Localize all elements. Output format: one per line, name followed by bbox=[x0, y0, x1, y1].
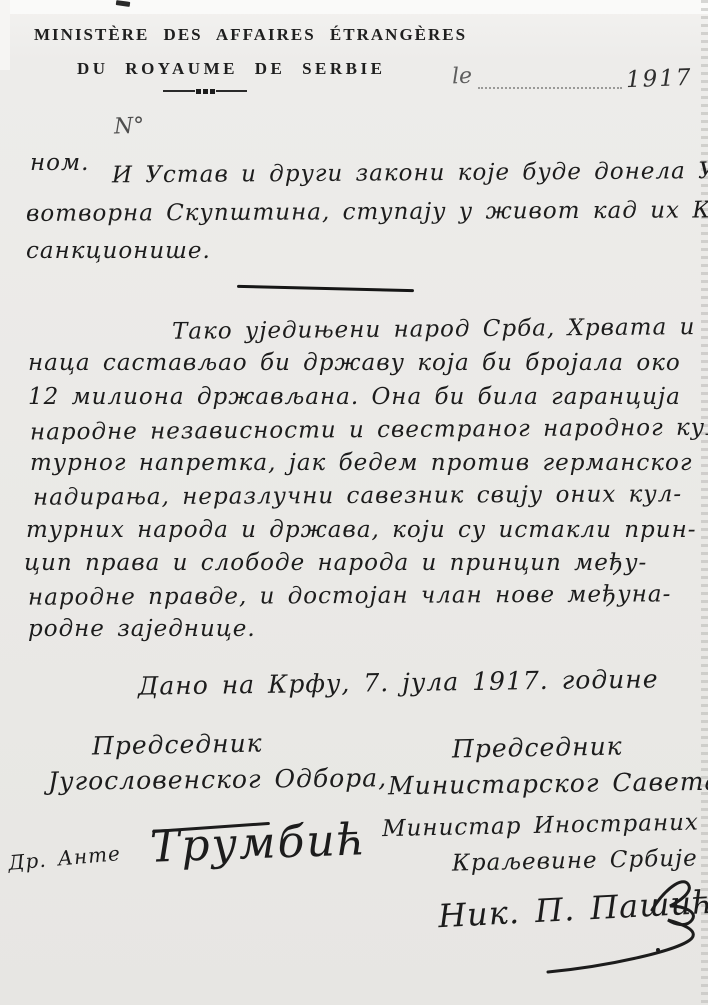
paragraph1-line: вотворна Скупштина, ступају у живот кад … bbox=[26, 197, 708, 227]
letterhead-ministry-line1: MINISTÈRE DES AFFAIRES ÉTRANGÈRES bbox=[34, 25, 467, 45]
right-signatory-title: Председник bbox=[452, 732, 623, 764]
left-signatory-title2: Југословенског Одбора, bbox=[48, 763, 387, 796]
paragraph2-line: народне независности и свестраног народн… bbox=[30, 415, 708, 446]
paragraph1-line: И Устав и други закони које буде донела … bbox=[112, 158, 708, 189]
scan-left-margin bbox=[0, 0, 10, 70]
paragraph2-line: Тако уједињени народ Срба, Хрвата и Слов… bbox=[172, 313, 708, 344]
paragraph2-line: турног напретка, јак бедем против герман… bbox=[30, 450, 692, 476]
pasic-signature-flourish bbox=[430, 868, 708, 988]
letterhead-ministry-line2: DU ROYAUME DE SERBIE bbox=[77, 59, 385, 79]
document-number-label: N° bbox=[114, 113, 145, 139]
right-signatory-title2: Министарског Савета, bbox=[388, 767, 708, 801]
paragraph2-line: надирања, неразлучни савезник свију оних… bbox=[33, 481, 682, 510]
section-divider-line bbox=[237, 285, 414, 292]
year-label: 1917 bbox=[626, 65, 693, 93]
dateline: Дано на Крфу, 7. јула 1917. године bbox=[138, 664, 659, 700]
paragraph2-line: наца састављао би државу која би бројала… bbox=[28, 350, 681, 376]
paragraph1-line: санкционише. bbox=[26, 238, 211, 264]
paragraph2-line: цип права и слободе народа и принцип међ… bbox=[24, 550, 647, 576]
right-signatory-title3: Министар Иностраних Дела bbox=[382, 808, 708, 842]
scan-right-edge-texture bbox=[701, 0, 708, 1005]
paragraph2-line: родне заједнице. bbox=[28, 616, 256, 642]
date-prefix-label: le bbox=[452, 64, 473, 90]
paragraph2-line: народне правде, и достојан члан нове међ… bbox=[28, 581, 671, 610]
letterhead-ornament-rule bbox=[163, 88, 247, 94]
trumbic-signature-prefix: Др. Анте bbox=[7, 841, 122, 875]
paragraph2-line: турних народа и држава, који су истакли … bbox=[26, 517, 697, 543]
paragraph2-line: 12 милиона држављана. Она би била гаранц… bbox=[28, 384, 681, 410]
date-dotted-line bbox=[478, 87, 622, 89]
margin-note: ном. bbox=[30, 150, 89, 176]
left-signatory-title: Председник bbox=[92, 729, 263, 761]
scan-top-margin bbox=[0, 0, 708, 14]
scanned-document-page: MINISTÈRE DES AFFAIRES ÉTRANGÈRES DU ROY… bbox=[0, 0, 708, 1005]
